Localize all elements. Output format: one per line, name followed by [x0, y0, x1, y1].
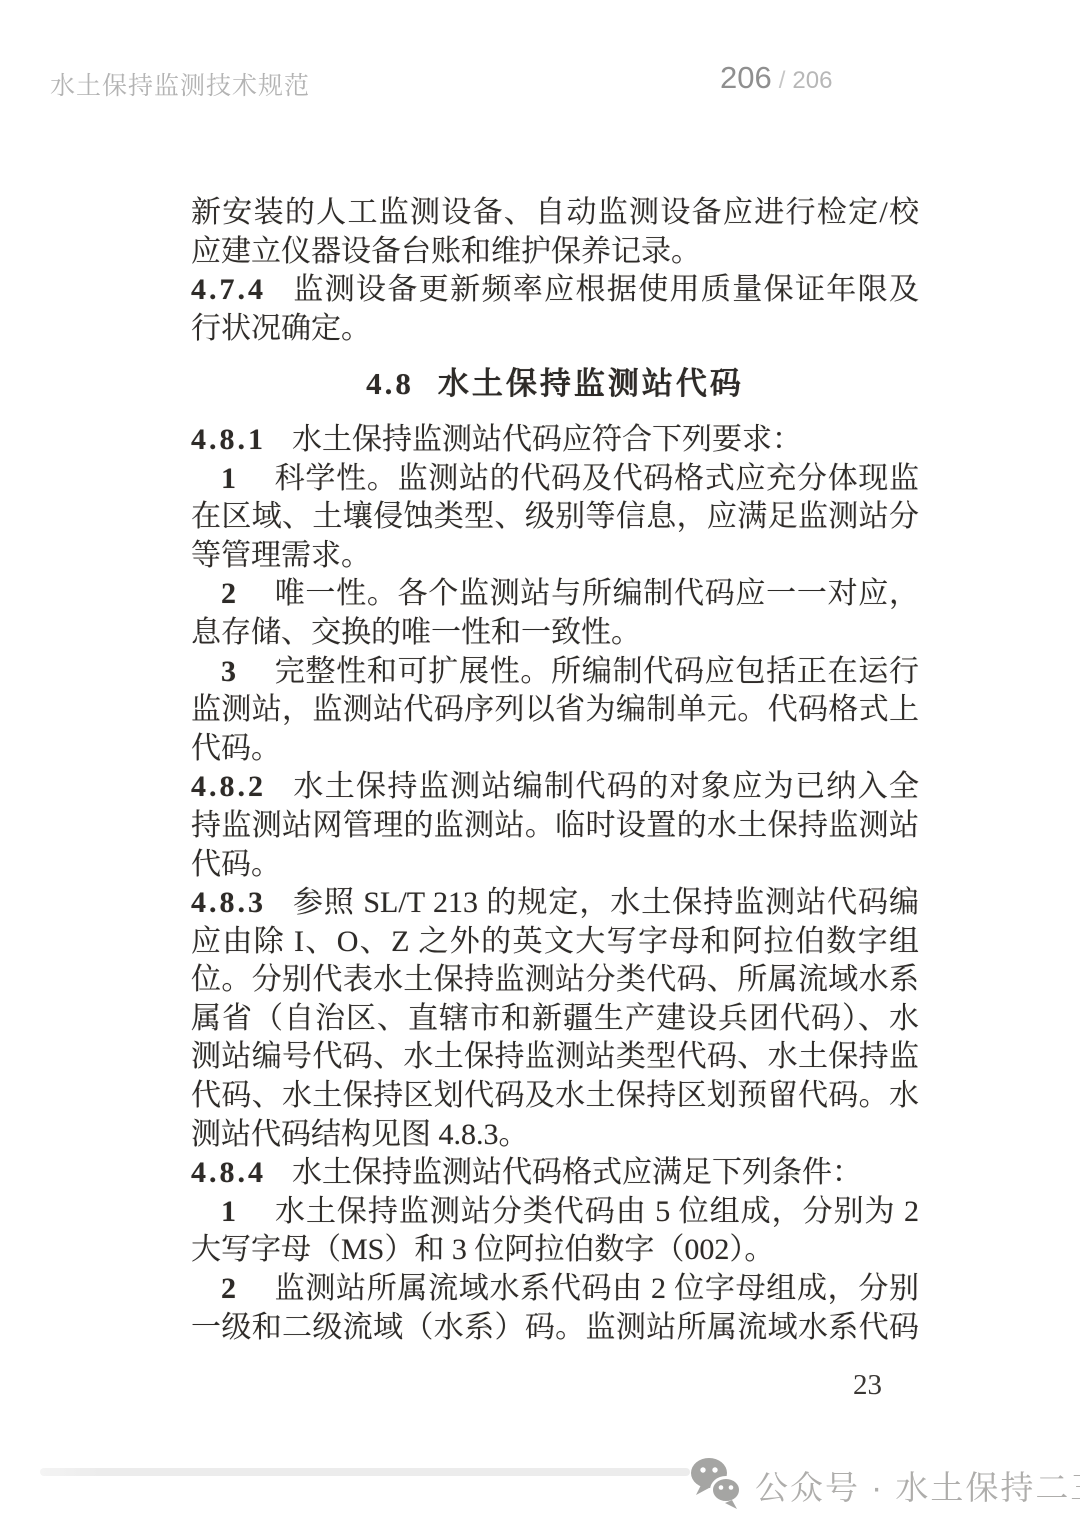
line-text: 科学性。监测站的代码及代码格式应充分体现监测站所	[221, 462, 919, 499]
doc-line: 一级和二级流域（水系）码。监测站所属流域水系代码按照	[191, 1309, 919, 1348]
doc-line: 4.8.3参照 SL/T 213 的规定，水土保持监测站代码编制规则	[191, 884, 919, 923]
doc-line: 行状况确定。	[191, 310, 919, 349]
line-text: 监测站，监测站代码序列以省为编制单元。代码格式上留有预留	[191, 693, 919, 730]
watermark-label: 公众号 · 水土保持二三	[755, 1462, 1080, 1509]
doc-line: 4.8.2水土保持监测站编制代码的对象应为已纳入全国水土保	[191, 768, 919, 807]
page-footer-number: 23	[853, 1369, 913, 1402]
wechat-icon	[690, 1456, 742, 1515]
doc-line: 持监测站网管理的监测站。临时设置的水土保持监测站不予编制	[191, 807, 919, 846]
clause-number: 4.8.1	[191, 423, 266, 456]
line-text: 在区域、土壤侵蚀类型、级别等信息，应满足监测站分类、检索	[191, 500, 919, 537]
footer-watermark: 公众号 · 水土保持二三	[690, 1456, 1080, 1515]
line-text: 参照 SL/T 213 的规定，水土保持监测站代码编制规则	[191, 886, 919, 923]
doc-line: 监测站，监测站代码序列以省为编制单元。代码格式上留有预留	[191, 691, 919, 730]
clause-number: 4.8.3	[191, 886, 266, 919]
doc-line: 测站代码结构见图 4.8.3。	[191, 1116, 919, 1155]
clause-number: 4.8	[366, 366, 414, 401]
doc-line: 测站编号代码、水土保持监测站类型代码、水土保持监测站级别	[191, 1038, 919, 1077]
clause-number: 2	[221, 577, 236, 610]
line-text: 一级和二级流域（水系）码。监测站所属流域水系代码按照	[191, 1311, 919, 1348]
page-indicator: 206 / 206	[720, 60, 832, 96]
pdf-viewer: 水土保持监测技术规范 206 / 206 新安装的人工监测设备、自动监测设备应进…	[0, 0, 1080, 1527]
line-text: 代码、水土保持区划代码及水土保持区划预留代码。水土保持监	[191, 1079, 919, 1116]
line-text: 监测设备更新频率应根据使用质量保证年限及设备的运	[191, 273, 919, 310]
doc-line: 在区域、土壤侵蚀类型、级别等信息，应满足监测站分类、检索	[191, 498, 919, 537]
doc-line: 4.8.1水土保持监测站代码应符合下列要求：	[191, 421, 919, 460]
clause-number: 4.8.4	[191, 1156, 266, 1189]
doc-line: 4.8.4水土保持监测站代码格式应满足下列条件：	[191, 1154, 919, 1193]
line-text: 代码。	[191, 848, 281, 881]
document-page: 新安装的人工监测设备、自动监测设备应进行检定/校准/测试。应建立仪器设备台账和维…	[191, 194, 919, 1347]
section-heading: 4.8水土保持监测站代码	[191, 365, 919, 404]
line-text: 属省（自治区、直辖市和新疆生产建设兵团代码）、水土保持监	[191, 1002, 919, 1039]
document-lines: 新安装的人工监测设备、自动监测设备应进行检定/校准/测试。应建立仪器设备台账和维…	[191, 194, 919, 1347]
line-text: 等管理需求。	[191, 539, 371, 572]
doc-line: 新安装的人工监测设备、自动监测设备应进行检定/校准/测试。	[191, 194, 919, 233]
line-text: 代码。	[191, 732, 281, 765]
line-text: 水土保持监测站代码格式应满足下列条件：	[292, 1156, 862, 1189]
line-text: 大写字母（MS）和 3 位阿拉伯数字（002）。	[191, 1233, 774, 1266]
doc-line: 2唯一性。各个监测站与所编制代码应一一对应，保证信	[191, 575, 919, 614]
clause-number: 4.7.4	[191, 273, 266, 306]
doc-line: 3完整性和可扩展性。所编制代码应包括正在运行的所有	[191, 653, 919, 692]
page-current: 206	[720, 60, 772, 96]
line-text: 位。分别代表水土保持监测站分类代码、所属流域水系代码、所	[191, 963, 919, 1000]
doc-line: 属省（自治区、直辖市和新疆生产建设兵团代码）、水土保持监	[191, 1000, 919, 1039]
doc-line: 1水土保持监测站分类代码由 5 位组成，分别为 2 位英文	[191, 1193, 919, 1232]
doc-line: 位。分别代表水土保持监测站分类代码、所属流域水系代码、所	[191, 961, 919, 1000]
line-text: 持监测站网管理的监测站。临时设置的水土保持监测站不予编制	[191, 809, 919, 846]
clause-number: 1	[221, 462, 236, 495]
doc-line: 2监测站所属流域水系代码由 2 位字母组成，分别表示	[191, 1270, 919, 1309]
line-text: 新安装的人工监测设备、自动监测设备应进行检定/校准/测试。	[191, 196, 919, 233]
page-total: 206	[792, 67, 832, 95]
doc-line: 1科学性。监测站的代码及代码格式应充分体现监测站所	[191, 460, 919, 499]
doc-line: 大写字母（MS）和 3 位阿拉伯数字（002）。	[191, 1231, 919, 1270]
line-text: 应建立仪器设备台账和维护保养记录。	[191, 235, 701, 268]
clause-number: 1	[221, 1195, 236, 1228]
doc-line: 4.7.4监测设备更新频率应根据使用质量保证年限及设备的运	[191, 271, 919, 310]
clause-number: 2	[221, 1272, 236, 1305]
footer-divider	[40, 1468, 690, 1476]
doc-line: 应建立仪器设备台账和维护保养记录。	[191, 233, 919, 272]
line-text: 完整性和可扩展性。所编制代码应包括正在运行的所有	[221, 655, 919, 692]
line-text: 测站编号代码、水土保持监测站类型代码、水土保持监测站级别	[191, 1040, 919, 1077]
line-text: 水土保持监测站代码	[438, 366, 744, 401]
line-text: 行状况确定。	[191, 312, 371, 345]
doc-line: 等管理需求。	[191, 537, 919, 576]
line-text: 息存储、交换的唯一性和一致性。	[191, 616, 641, 649]
line-text: 监测站所属流域水系代码由 2 位字母组成，分别表示	[221, 1272, 919, 1309]
doc-line: 应由除 I、O、Z 之外的英文大写字母和阿拉伯数字组成，共 18	[191, 923, 919, 962]
line-text: 水土保持监测站代码应符合下列要求：	[292, 423, 802, 456]
line-text: 唯一性。各个监测站与所编制代码应一一对应，保证信	[221, 577, 919, 614]
line-text: 水土保持监测站分类代码由 5 位组成，分别为 2 位英文	[221, 1195, 919, 1232]
doc-line: 息存储、交换的唯一性和一致性。	[191, 614, 919, 653]
doc-line: 代码、水土保持区划代码及水土保持区划预留代码。水土保持监	[191, 1077, 919, 1116]
line-text: 测站代码结构见图 4.8.3。	[191, 1118, 529, 1151]
doc-line: 代码。	[191, 846, 919, 885]
line-text: 应由除 I、O、Z 之外的英文大写字母和阿拉伯数字组成，共 18	[191, 925, 919, 962]
clause-number: 3	[221, 655, 236, 688]
page-separator: /	[779, 67, 786, 95]
line-text: 水土保持监测站编制代码的对象应为已纳入全国水土保	[191, 770, 919, 807]
clause-number: 4.8.2	[191, 770, 266, 803]
doc-line: 代码。	[191, 730, 919, 769]
document-title: 水土保持监测技术规范	[50, 66, 310, 102]
